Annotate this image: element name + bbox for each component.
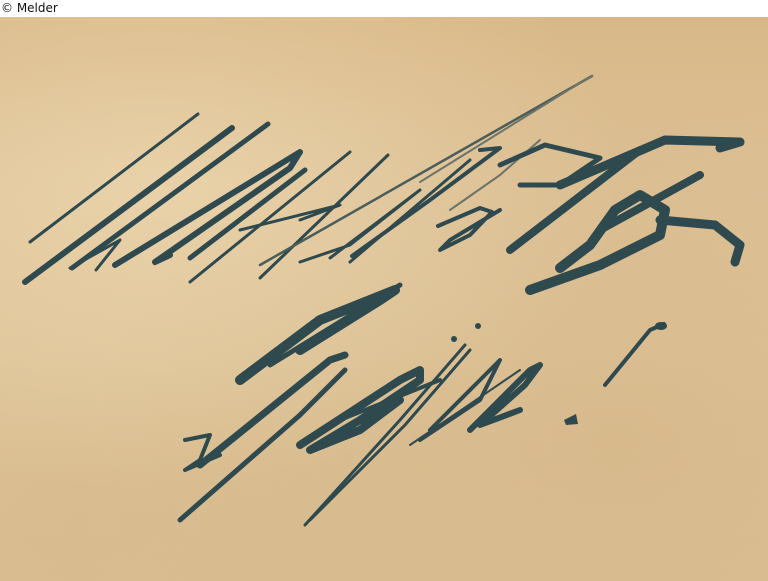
signature-ink xyxy=(0,17,768,581)
copyright-caption: © Melder xyxy=(0,0,768,17)
signature-photo xyxy=(0,17,768,581)
